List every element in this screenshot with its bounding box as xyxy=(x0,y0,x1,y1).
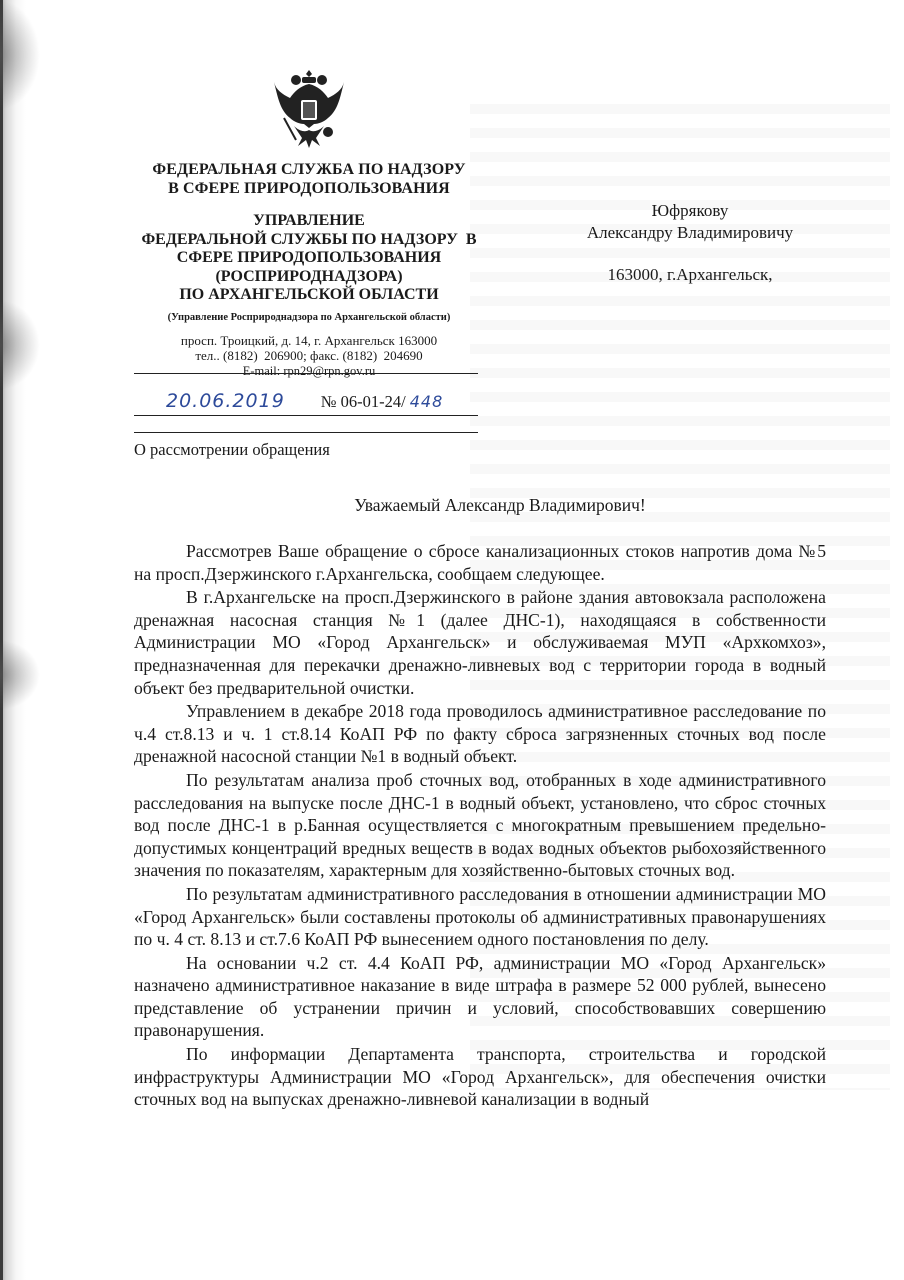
recipient-surname: Юфрякову xyxy=(540,200,840,222)
body-paragraph: В г.Архангельске на просп.Дзержинского в… xyxy=(134,586,826,699)
body-paragraph: По информации Департамента транспорта, с… xyxy=(134,1043,826,1111)
body-paragraph: Управлением в декабре 2018 года проводил… xyxy=(134,700,826,768)
recipient-name: Александру Владимировичу xyxy=(540,222,840,244)
letter-body: Рассмотрев Ваше обращение о сбросе канал… xyxy=(134,540,826,1112)
russian-coat-of-arms-icon xyxy=(272,68,346,152)
body-paragraph: На основании ч.2 ст. 4.4 КоАП РФ, админи… xyxy=(134,952,826,1042)
body-paragraph: Рассмотрев Ваше обращение о сбросе канал… xyxy=(134,540,826,585)
handwritten-registration-number: 448 xyxy=(410,392,444,411)
letter-subject: О рассмотрении обращения xyxy=(134,440,330,460)
department-name: УПРАВЛЕНИЕ ФЕДЕРАЛЬНОЙ СЛУЖБЫ ПО НАДЗОРУ… xyxy=(134,212,484,305)
scan-blot xyxy=(0,0,40,110)
agency-title-line: В СФЕРЕ ПРИРОДОПОЛЬЗОВАНИЯ xyxy=(134,179,484,198)
department-short-name: (Управление Росприроднадзора по Архангел… xyxy=(134,311,484,325)
divider-line xyxy=(134,415,478,416)
body-paragraph: По результатам анализа проб сточных вод,… xyxy=(134,769,826,882)
department-line: СФЕРЕ ПРИРОДОПОЛЬЗОВАНИЯ xyxy=(134,249,484,268)
scan-blot xyxy=(0,640,40,710)
recipient-address: 163000, г.Архангельск, xyxy=(540,264,840,286)
postal-address: просп. Троицкий, д. 14, г. Архангельск 1… xyxy=(134,333,484,349)
department-line: (РОСПРИРОДНАДЗОРА) xyxy=(134,268,484,287)
handwritten-date: 20.06.2019 xyxy=(166,390,285,412)
letterhead: ФЕДЕРАЛЬНАЯ СЛУЖБА ПО НАДЗОРУ В СФЕРЕ ПР… xyxy=(134,68,484,379)
agency-title: ФЕДЕРАЛЬНАЯ СЛУЖБА ПО НАДЗОРУ В СФЕРЕ ПР… xyxy=(134,160,484,198)
department-line: УПРАВЛЕНИЕ xyxy=(134,212,484,231)
email-address: E-mail: rpn29@rpn.gov.ru xyxy=(134,364,484,380)
recipient-block: Юфрякову Александру Владимировичу 163000… xyxy=(540,200,840,286)
registration-number-label: № 06-01-24/ xyxy=(321,392,406,412)
body-paragraph: По результатам административного расслед… xyxy=(134,883,826,951)
divider-line xyxy=(134,373,478,374)
registration-line: 20.06.2019 № 06-01-24/ 448 xyxy=(166,390,486,414)
department-line: ПО АРХАНГЕЛЬСКОЙ ОБЛАСТИ xyxy=(134,286,484,305)
scan-blot xyxy=(0,300,40,390)
divider-line xyxy=(134,432,478,433)
department-line: ФЕДЕРАЛЬНОЙ СЛУЖБЫ ПО НАДЗОРУ В xyxy=(134,231,484,250)
agency-title-line: ФЕДЕРАЛЬНАЯ СЛУЖБА ПО НАДЗОРУ xyxy=(134,160,484,179)
salutation: Уважаемый Александр Владимирович! xyxy=(150,495,850,516)
phone-fax: тел.. (8182) 206900; факс. (8182) 204690 xyxy=(134,348,484,364)
